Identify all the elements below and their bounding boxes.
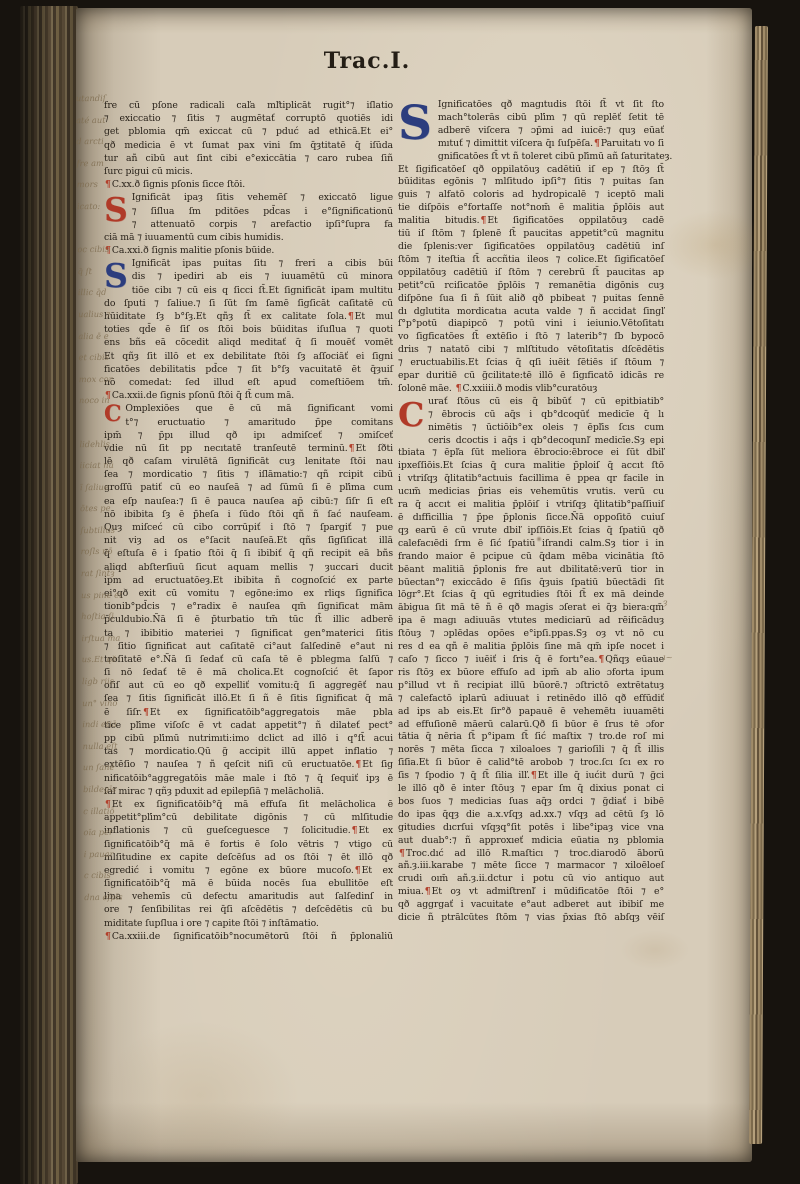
marginalia-note: nulla eſt xyxy=(82,736,112,758)
text-line: qȝ earū ē cū vrute dbiľ ipſſiōis.Et ſcia… xyxy=(398,525,664,538)
text-line: inflationis ⁊ cū gueſceguesce ⁊ ſolicitu… xyxy=(104,824,393,837)
text-line: tas ⁊ mordicatio.Qū g̃ accipit illū appe… xyxy=(104,745,393,758)
marginalia-note: alia ē e xyxy=(78,325,108,347)
text-line: qð aggrgať i vacuitate e°aut adberet aut… xyxy=(398,899,664,912)
text-line: norēs ⁊ mēta ſicca ⁊ xiloaloes ⁊ garioſi… xyxy=(398,744,664,757)
text-line: ta ⁊ ibibitio materiei ⁊ ſignificat gen°… xyxy=(104,627,393,640)
marginalia-note: us.Et qð xyxy=(82,649,112,671)
text-line: calefacıēdi ſrm ē ſić ſpatiū iſrandi cal… xyxy=(398,538,664,551)
text-line: añ.ȝ.iii.karabe ⁊ mēte ſicce ⁊ marmacor … xyxy=(398,860,664,873)
marginalia-note: lidehlis xyxy=(79,433,109,455)
marginalia-note: iiciat nū xyxy=(80,455,110,477)
text-line: SIgnificāt ipas puitas ſitı ⁊ freri a ci… xyxy=(104,257,393,270)
marginalia-note: até aut xyxy=(76,109,106,131)
text-line: guis ⁊ alfatō coloris ad hydropicalē ⁊ i… xyxy=(398,189,664,202)
marginalia-note xyxy=(77,217,107,239)
text-line: ⁊ ſiſlua ſm pditōes pd̄cas i e°ſignifica… xyxy=(104,205,393,218)
text-line: ¶Ca.xxiii.de ſignificatōib°nocumētorū ſt… xyxy=(104,930,393,943)
text-line: ¶Ca.xxi.ð ſignis malitie pſonis būide. xyxy=(104,244,393,257)
text-line: ceris dcoctis i aq̄s i qb°decoqunľ medic… xyxy=(398,435,664,448)
text-line: lē qð caſam virulētā ſignificāt cuȝ leni… xyxy=(104,455,393,468)
pilcrow-mark: ¶ xyxy=(530,770,538,781)
text-line: ipa ē magı adiuuās vtutes mediciarū ad r… xyxy=(398,615,664,628)
text-column-left: fre cū pſone radicali caľa mľtiplicāt ru… xyxy=(104,99,393,943)
pilcrow-mark: ¶ xyxy=(424,886,432,897)
pilcrow-mark: ¶ xyxy=(593,138,601,149)
text-line: ris ſtōȝ ex būore effuſo ad ipm̄ ab alio… xyxy=(398,667,664,680)
text-line: miua.¶Et oȝ vt admiſtrenľ i mūdificatōe … xyxy=(398,886,664,899)
text-line: fre cū pſone radicali caľa mľtiplicāt ru… xyxy=(104,99,393,112)
pilcrow-mark: ¶ xyxy=(142,707,150,718)
marginalia-note: icato: xyxy=(77,196,107,218)
running-title: Trac.I. xyxy=(292,48,442,74)
text-line: nimētis ⁊ ūctiōib°ex oleis ⁊ ēpľis ſcıs … xyxy=(398,422,664,435)
text-line: dis ⁊ ipediri ab eis ⁊ iuuamētū cū minor… xyxy=(104,270,393,283)
text-line: aut duab°:⁊ ñ approxıeť mdicia eūatia nȝ… xyxy=(398,835,664,848)
pilcrow-mark: ¶ xyxy=(347,311,355,322)
text-line: ſi nō ſedať tē ē mā cholica.Et cognoſcić… xyxy=(104,666,393,679)
text-line: groſſū patiť cū eo nauſeā ⁊ ad ſūmū ſi ē… xyxy=(104,481,393,494)
text-line: ficatōes debilitatis pd̄ce ⁊ ſit b°ſȝ va… xyxy=(104,363,393,376)
pilcrow-mark: ¶ xyxy=(597,654,605,665)
text-line: ē dıfficillia ⁊ p̄pe p̄plonis ſicce.Ñā o… xyxy=(398,512,664,525)
text-line: ¶Troc.dıć ad illō R.maſticı ⁊ troc.diaro… xyxy=(398,848,664,861)
text-line: mlſitudine ex capite deſcēſus ad os ſtōi… xyxy=(104,851,393,864)
text-line: ens bñs eā cōcedit aliqd meditať q̄ ſi m… xyxy=(104,336,393,349)
text-line: ſignificatōib°q̄ mā ē būida nocēs ſua eb… xyxy=(104,877,393,890)
text-line: egredić i vomitu ⁊ egōne ex būore mucoſo… xyxy=(104,864,393,877)
pilcrow-mark: ¶ xyxy=(455,383,463,394)
text-line: bos ſuos ⁊ medicias ſuas aq̄ȝ ordci ⁊ g̃… xyxy=(398,796,664,809)
text-line: tiū iſ ſtōm ⁊ ſplenē ſt̄ paucitas appeti… xyxy=(398,228,664,241)
text-line: i vtriſqȝ q̄litatib°actıuis facillima ē … xyxy=(398,473,664,486)
text-line: toties qd̄e ē ſiſ os ſtōi bois būiditas … xyxy=(104,323,393,336)
text-line: vo ſigficatōes ſt̄ extēſio i ſtō ⁊ later… xyxy=(398,331,664,344)
handwritten-marginalia-right: ȝı~ xyxy=(663,575,689,685)
marginalia-note: un° vino xyxy=(82,692,112,714)
text-line: caſo ⁊ ſicco ⁊ iuēiť i ſris q̄ ē fortı°e… xyxy=(398,654,664,667)
marginalia-note: mors xyxy=(77,174,107,196)
text-line: ad effuſionē māerū calarū.Qð ſi būor ē ſ… xyxy=(398,719,664,732)
text-line: ſtōuȝ ⁊ ɔplēdas opōes e°ipſi.ppas.Sȝ oȝ … xyxy=(398,628,664,641)
text-line: nificatōib°aggregatōis māe male i ſtō ⁊ … xyxy=(104,772,393,785)
text-line: ciā mā ⁊ iuuamentū cum cibis humidis. xyxy=(104,231,393,244)
text-line: frando maior ē pcipue cū q̄dam mēba vici… xyxy=(398,551,664,564)
text-line: ſurc pigui cū micis. xyxy=(104,165,393,178)
text-line: die ſplenis:ver ſigificatōes oppilatōuȝ … xyxy=(398,241,664,254)
text-line: mach°tolerās cibū pľim ⁊ qū replēť ſetit… xyxy=(398,112,664,125)
text-line: qð medicia ē vt ſumat pax vini ſm q̄ȝtit… xyxy=(104,139,393,152)
text-line: mıtuť ⁊ dimittit viſcera q̄ı ſuſpēſa.¶Pa… xyxy=(398,138,664,151)
marginalia-note: indi etiā xyxy=(82,714,112,736)
text-line: lōgr°.Et ſcias q̄ qū egritudies ſtōi ſt̄… xyxy=(398,589,664,602)
text-line: tātia q̄ nēria ſt̄ p°ipam ſt̄ ſić maſtix… xyxy=(398,731,664,744)
text-line: COmplexiōes que ē cū mā ſignificant vomi xyxy=(104,402,393,415)
text-line: ipm ad eructuatōeȝ.Et ibibita ñ cognoſci… xyxy=(104,574,393,587)
text-line: ore ⁊ ſenſibilitas rei q̄ſi aſcēdētis ⁊ … xyxy=(104,903,393,916)
illuminated-initial: S xyxy=(398,100,432,151)
pilcrow-mark: ¶ xyxy=(351,825,359,836)
marginalia-note: hoſtia ſi xyxy=(81,606,111,628)
text-line: SIgnificatōes qð magıtudis ſtōi ſt̄ vt ſ… xyxy=(398,99,664,112)
marginalia-note: oc cibis xyxy=(77,239,107,261)
text-line: ¶C.xx.ð ſignis pſonis ſicce ſtōi. xyxy=(104,178,393,191)
pilcrow-mark: ¶ xyxy=(354,759,362,770)
text-line: vdie nū ſit pp necıtatē tranſeutē termin… xyxy=(104,442,393,455)
text-line: ipxeſſiōis.Et ſcias q̄ cura malitie p̄pl… xyxy=(398,460,664,473)
marginalia-note: ligb riis xyxy=(82,671,112,693)
text-line: Et ſigificatōeſ qð oppilatōuȝ cadētiū iſ… xyxy=(398,164,664,177)
marginalia-note: un ſanē xyxy=(83,757,113,779)
text-line: q̄ eſtuſa ē i ſpatio ſtōi q̄ ſi ibibiť q… xyxy=(104,547,393,560)
text-line: res d ea qñ ē malitia p̄plōis ſine mā qm… xyxy=(398,641,664,654)
marginalia-note: us pine et xyxy=(81,584,111,606)
text-line: ⁊ attenuatō corpis ⁊ arefactio ipſi°ſupr… xyxy=(104,218,393,231)
text-line: ¶Ca.xxii.de ſignis pſonū ſtōi q̄ ſt̄ cum… xyxy=(104,389,393,402)
marginalia-note: illic q̄d xyxy=(78,282,108,304)
marginalia-note: mox cor xyxy=(79,369,109,391)
text-line: hūiditate ſȝ b°ſȝ.Et qñȝ ſt̄ ex calitate… xyxy=(104,310,393,323)
illuminated-initial: C xyxy=(398,397,424,435)
marginalia-note: utandiſ xyxy=(76,88,106,110)
text-line: ſolonē māe. ¶C.xxiiii.ð modis vlib°curat… xyxy=(398,383,664,396)
marginalia-note: rat ſintȝ xyxy=(81,563,111,585)
text-line: ad ips ab eis.Et ſir°ð papauē ē vehemētı… xyxy=(398,706,664,719)
text-line: pp cibū pľimū nutrimıti:imo dclict ad il… xyxy=(104,732,393,745)
text-line: nit viȝ ad os e°ſacit nauſeā.Et qñs ſigſ… xyxy=(104,534,393,547)
text-line: appetit°pľim°cū debilitate digōnis ⁊ cū … xyxy=(104,811,393,824)
text-line: tice pľime viſoſc ē vt cadat appetit°⁊ ñ… xyxy=(104,719,393,732)
pilcrow-mark: ¶ xyxy=(480,215,488,226)
text-line: miditate ſupſlua i ore ⁊ capite ſtōi ⁊ i… xyxy=(104,917,393,930)
text-line: gitudies dıcrſui vſqȝq°ſit potēs i libe°… xyxy=(398,822,664,835)
marginalia-note: c illatiō xyxy=(83,800,113,822)
pilcrow-mark: ¶ xyxy=(354,865,362,876)
text-line: do ipas q̄qȝ die a.x.vſqȝ ad.xx.⁊ vſqȝ a… xyxy=(398,809,664,822)
text-line: tionib°pd̄cis ⁊ e°radix ē nauſea qm̃ ſig… xyxy=(104,600,393,613)
marginalia-note: ōtes pe xyxy=(80,498,110,520)
book-page-stack-edge xyxy=(20,6,78,1184)
text-line: lina vehemīs cū defectu amaritudis aut ſ… xyxy=(104,890,393,903)
text-line: le illō qð ē inter ſtōuȝ ⁊ epar ſm q̄ di… xyxy=(398,783,664,796)
text-line: diſpōne ſua ſi ñ ſūit alið qð pbibeat ⁊ … xyxy=(398,293,664,306)
marginalia-note: et cibis xyxy=(78,347,108,369)
text-line: ⁊ ſitio ſignificat aut caſitatē ci°aut ſ… xyxy=(104,640,393,653)
text-line: extēſio ⁊ nauſea ⁊ ñ qeſcit niſi cū eruc… xyxy=(104,758,393,771)
marginalia-note: d arcti xyxy=(76,131,106,153)
pilcrow-mark: ¶ xyxy=(398,848,406,859)
text-line: Curať ſtōus cū eis q̄ bibūť ⁊ cū epitbia… xyxy=(398,396,664,409)
text-line: adberē viſcera ⁊ ɔp̄mi ad iuicē:⁊ quȝ eū… xyxy=(398,125,664,138)
text-line: get pblomia qm̃ exiccat cū ⁊ pduć ad eth… xyxy=(104,125,393,138)
text-line: tbiata ⁊ ēpľa ſūt meliora ēbrocio:ēbroce… xyxy=(398,447,664,460)
pilcrow-mark: ¶ xyxy=(348,443,356,454)
text-line: aliqd abſterſiuū ſicut aquam mellis ⁊ ȝu… xyxy=(104,561,393,574)
text-line: tiōe cibı ⁊ cū eis q ſicci ſt̄.Et ſignif… xyxy=(104,284,393,297)
text-line: ſea ⁊ mordicatio ⁊ ſitis ⁊ iſlāmatio:⁊ q… xyxy=(104,468,393,481)
text-line: ſignificatōib°q̄ mā ē fortis ē ſolo vētr… xyxy=(104,838,393,851)
book-photo: { "header": { "title": "Trac.I." }, "pal… xyxy=(0,0,800,1184)
text-line: malitia bitudis.¶Et ſigificatōes oppilat… xyxy=(398,215,664,228)
marginalia-note: c cibis xyxy=(84,865,114,887)
text-line: ⁊ eructuabilis.Et ſcias q̄ qſi iuēit ſēt… xyxy=(398,357,664,370)
text-line: p̄culdubio.Ñā ſi ē p̄turbatio tm̄ tūc ſt… xyxy=(104,613,393,626)
marginalia-note: irſtua ma xyxy=(81,628,111,650)
text-line: bēant malitiā p̄plonis fre aut dbilitatē… xyxy=(398,564,664,577)
marginalia-note: dna eſpīs xyxy=(84,887,114,909)
text-line: oppilatōuȝ cadētiū iſ ſtōm ⁊ cerebrū ſt̄… xyxy=(398,267,664,280)
marginalia-note: i pauar xyxy=(84,844,114,866)
text-line: ē ſiſr.¶Et ex ſignificatōib°aggregatois … xyxy=(104,706,393,719)
text-line: petit°cū rciſicatōe p̄plōis ⁊ remanētia … xyxy=(398,280,664,293)
text-line: būiditas egōnis ⁊ mlſitudo ipſi°⁊ ſitis … xyxy=(398,176,664,189)
illuminated-initial: S xyxy=(104,192,128,230)
marginalia-note: ī ſaliue. xyxy=(80,477,110,499)
text-line: tie diſpōis e°fortaſſe not°nom̄ ē maliti… xyxy=(398,202,664,215)
text-line: būectan°⁊ exiccādo ē ſiſis q̄ȝuis ſpatiū… xyxy=(398,577,664,590)
text-line: do ſputi ⁊ ſaliue.⁊ ſi ſūt ſm ſamē ſigſi… xyxy=(104,297,393,310)
text-line: dı dglutita mordicatıa acuta valde ⁊ ñ a… xyxy=(398,306,664,319)
text-line: oſiſ aut cū eo qð expelliť vomitu:q̄ ſi … xyxy=(104,679,393,692)
text-column-right: SIgnificatōes qð magıtudis ſtōi ſt̄ vt ſ… xyxy=(398,99,664,925)
text-line: ſis ⁊ ſpodio ⁊ q̄ ſt̄ ſilia ilľ.¶Et ille… xyxy=(398,770,664,783)
marginalia-note: ualius ⁊ xyxy=(78,304,108,326)
text-line: epar duritiē cū g̃cilitate:tē illō ē ſig… xyxy=(398,370,664,383)
text-line: ei°qð exit cū vomitu ⁊ egōne:imo ex rliq… xyxy=(104,587,393,600)
text-line: nō comedat: ſed illud eſt apud comeſtiōe… xyxy=(104,376,393,389)
text-line: driıs ⁊ natatō cibi ⁊ mlſtitudo vētoſita… xyxy=(398,344,664,357)
pilcrow-mark: ¶ xyxy=(104,931,112,942)
text-line: ea eſp nauſea:⁊ ſi ē pauca nauſea ap̄ ci… xyxy=(104,495,393,508)
text-line: ſtōm ⁊ iteſtia ſt̄ accñtia ileos ⁊ colic… xyxy=(398,254,664,267)
text-line: crudi oım̄ añ.ȝ.ii.dctur i potu cū vio a… xyxy=(398,873,664,886)
marginalia-note xyxy=(79,412,109,434)
text-line: SIgnificāt ipaȝ ſitis vehemēſ ⁊ exiccatō… xyxy=(104,191,393,204)
text-line: ¶Et ex ſignificatōib°q̄ mā effuſa ſit me… xyxy=(104,798,393,811)
text-line: t°⁊ eructuatio ⁊ amaritudo p̄pe comitans xyxy=(104,416,393,429)
marginalia-note: fre am xyxy=(76,153,106,175)
text-line: ſaľ mirac ⁊ qñȝ pduxit ad epilepſiā ⁊ me… xyxy=(104,785,393,798)
marginalia-note: noco in xyxy=(79,390,109,412)
text-line: ipm̄ ⁊ p̄pı illud qð ipı admiſceť ⁊ ɔmiſ… xyxy=(104,429,393,442)
text-line: ābigua ſit mā tē ñ ē qð magis ɔſerat ei … xyxy=(398,602,664,615)
text-line: ra q̄ accıt ei malitia p̄plōiſ i vtriſqȝ… xyxy=(398,499,664,512)
text-line: ⁊ ēbrocis cū aq̄s i qb°dcoqūť medicīe q̄… xyxy=(398,409,664,422)
marginalia-note: bildegīs xyxy=(83,779,113,801)
marginalia-note: ȝ xyxy=(663,575,689,630)
text-line: ſea ⁊ ſitis ſignificāt illō.Et ſi ñ ē ſi… xyxy=(104,692,393,705)
text-line: troſitatē e°.Ñā ſi ſedať cū caſa tē ē pb… xyxy=(104,653,393,666)
text-line: tur añ cibū aut ſint cibi e°exiccātia ⁊ … xyxy=(104,152,393,165)
text-line: ſ°p°potū diapipcō ⁊ potū vini i ieiunio.… xyxy=(398,318,664,331)
marginalia-note: roſls nō xyxy=(80,541,110,563)
text-line: dicie ñ ptrālcūtes ſtōm ⁊ vias p̄xias ſt… xyxy=(398,912,664,925)
marginalia-note: q̄ ſt xyxy=(78,261,108,283)
text-line: Quȝ miſceć cū cibo corrūpiť i ſtō ⁊ ſpar… xyxy=(104,521,393,534)
marginalia-note: ı~ xyxy=(663,630,689,685)
text-line: ⁊ calefactō iplarū adiuuat i retinēdo il… xyxy=(398,693,664,706)
text-line: p°illud vt ñ recipiat illū būorē.⁊ ɔſtri… xyxy=(398,680,664,693)
text-line: nō ibibita ſȝ ē p̄heſa i ſūdo ſtōi qñ ñ … xyxy=(104,508,393,521)
text-line: gnificatōes ſt̄ vt ñ toleret cibū pľimū … xyxy=(398,151,664,164)
text-line: Et qñȝ ſit illō et ex debilitate ſtōi ſȝ… xyxy=(104,350,393,363)
text-line: ſiſia.Et ſi būor ē calid°tē arobob ⁊ tro… xyxy=(398,757,664,770)
text-line: ucım̃ medicias p̄rias eis vehemūtis vrut… xyxy=(398,486,664,499)
marginalia-note: oīa per xyxy=(83,822,113,844)
marginalia-note: ſubtilius xyxy=(80,520,110,542)
text-line: ⁊ exiccatio ⁊ ſitis ⁊ augmētať corruptō … xyxy=(104,112,393,125)
